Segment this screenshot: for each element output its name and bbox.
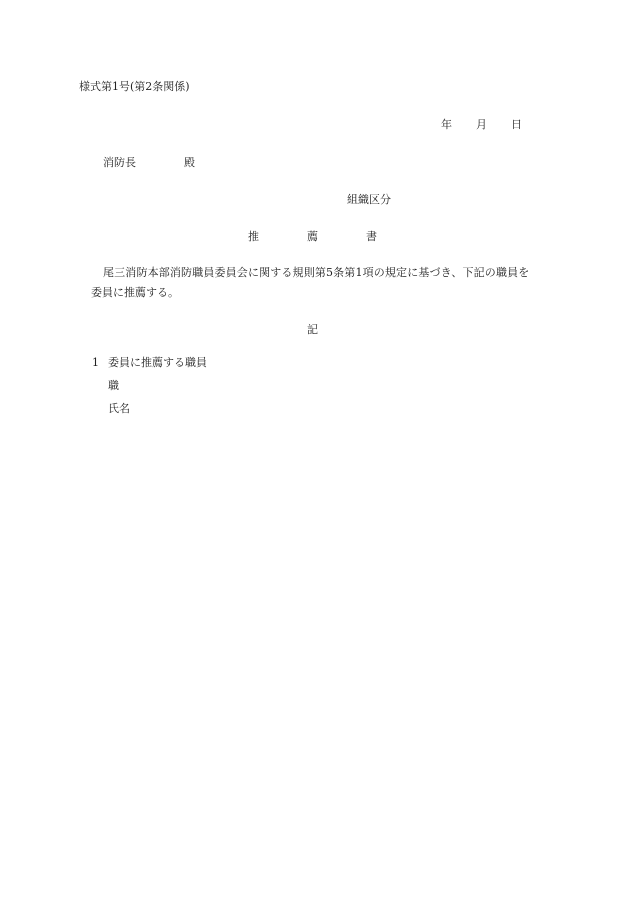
ki-heading: 記 (307, 323, 318, 337)
date-month: 月 (476, 118, 487, 132)
field-position-label: 職 (108, 379, 119, 393)
field-name-label: 氏名 (108, 402, 130, 416)
date-day: 日 (511, 118, 522, 132)
item-label: 委員に推薦する職員 (108, 356, 207, 370)
document-page: 様式第1号(第2条関係) 年 月 日 消防長 殿 組織区分 推 薦 書 尾三消防… (0, 0, 630, 903)
body-line-2: 委員に推薦する。 (91, 286, 179, 300)
body-line-1: 尾三消防本部消防職員委員会に関する規則第5条第1項の規定に基づき、下記の職員を (103, 266, 529, 280)
addressee-honorific: 殿 (184, 156, 195, 170)
title-char-2: 薦 (307, 230, 318, 244)
title-char-1: 推 (248, 230, 259, 244)
sender-organization: 組織区分 (347, 193, 391, 207)
addressee-title: 消防長 (103, 156, 136, 170)
item-number: 1 (92, 356, 99, 370)
title-char-3: 書 (366, 230, 377, 244)
form-label: 様式第1号(第2条関係) (79, 80, 190, 94)
date-year: 年 (441, 118, 452, 132)
